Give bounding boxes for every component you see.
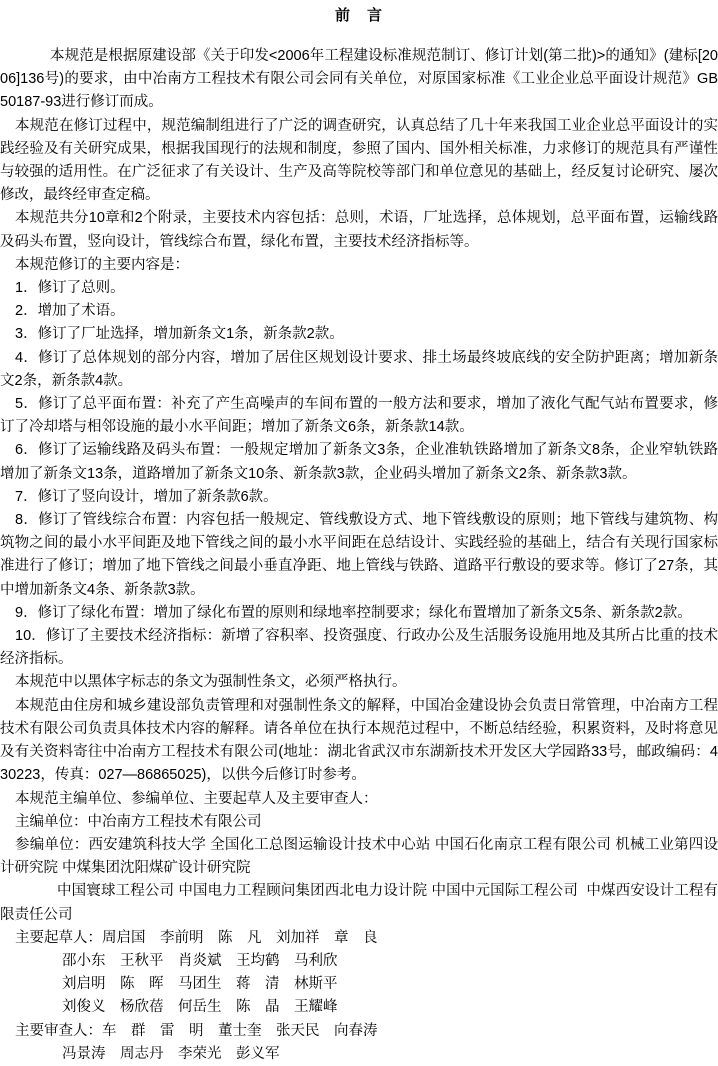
paragraph: 8．修订了管线综合布置：内容包括一般规定、管线敷设方式、地下管线敷设的原则；地下… bbox=[0, 509, 718, 602]
paragraph: 刘启明 陈 晖 马团生 蒋 清 林斯平 bbox=[0, 973, 718, 996]
paragraph: 主要起草人：周启国 李前明 陈 凡 刘加祥 章 良 bbox=[0, 927, 718, 950]
paragraph: 本规范主编单位、参编单位、主要起草人及主要审查人： bbox=[0, 788, 718, 811]
paragraph: 刘俊义 杨欣蓓 何岳生 陈 晶 王耀峰 bbox=[0, 996, 718, 1019]
paragraph: 参编单位：西安建筑科技大学 全国化工总图运输设计技术中心站 中国石化南京工程有限… bbox=[0, 834, 718, 880]
paragraph: 4．修订了总体规划的部分内容，增加了居住区规划设计要求、排土场最终坡底线的安全防… bbox=[0, 347, 718, 393]
paragraph: 3．修订了厂址选择，增加新条文1条，新条款2款。 bbox=[0, 323, 718, 346]
paragraph: 6．修订了运输线路及码头布置：一般规定增加了新条文3条，企业准轨铁路增加了新条文… bbox=[0, 439, 718, 485]
paragraph: 冯景涛 周志丹 李荣光 彭义军 bbox=[0, 1043, 718, 1066]
paragraph: 主要审查人：车 群 雷 明 董士奎 张天民 向春涛 bbox=[0, 1020, 718, 1043]
paragraph: 本规范修订的主要内容是： bbox=[0, 254, 718, 277]
paragraph: 本规范是根据原建设部《关于印发<2006年工程建设标准规范制订、修订计划(第二批… bbox=[0, 45, 718, 115]
paragraph: 5．修订了总平面布置：补充了产生高噪声的车间布置的一般方法和要求，增加了液化气配… bbox=[0, 393, 718, 439]
document-body: 本规范是根据原建设部《关于印发<2006年工程建设标准规范制订、修订计划(第二批… bbox=[0, 45, 718, 1066]
paragraph: 2．增加了术语。 bbox=[0, 300, 718, 323]
page-title: 前 言 bbox=[0, 8, 718, 24]
paragraph: 本规范中以黑体字标志的条文为强制性条文，必须严格执行。 bbox=[0, 671, 718, 694]
paragraph: 本规范在修订过程中，规范编制组进行了广泛的调查研究，认真总结了几十年来我国工业企… bbox=[0, 115, 718, 208]
paragraph: 9．修订了绿化布置：增加了绿化布置的原则和绿地率控制要求；绿化布置增加了新条文5… bbox=[0, 602, 718, 625]
paragraph: 7．修订了竖向设计，增加了新条款6款。 bbox=[0, 486, 718, 509]
paragraph: 1．修订了总则。 bbox=[0, 277, 718, 300]
paragraph: 10．修订了主要技术经济指标：新增了容积率、投资强度、行政办公及生活服务设施用地… bbox=[0, 625, 718, 671]
paragraph: 本规范共分10章和2个附录，主要技术内容包括：总则，术语，厂址选择，总体规划，总… bbox=[0, 207, 718, 253]
paragraph: 本规范由住房和城乡建设部负责管理和对强制性条文的解释，中国冶金建设协会负责日常管… bbox=[0, 695, 718, 788]
paragraph: 邵小东 王秋平 肖炎斌 王均鹤 马利欣 bbox=[0, 950, 718, 973]
paragraph: 中国寰球工程公司 中国电力工程顾问集团西北电力设计院 中国中元国际工程公司 中煤… bbox=[0, 880, 718, 926]
document-page: 前 言 本规范是根据原建设部《关于印发<2006年工程建设标准规范制订、修订计划… bbox=[0, 0, 718, 1066]
paragraph: 主编单位：中冶南方工程技术有限公司 bbox=[0, 811, 718, 834]
